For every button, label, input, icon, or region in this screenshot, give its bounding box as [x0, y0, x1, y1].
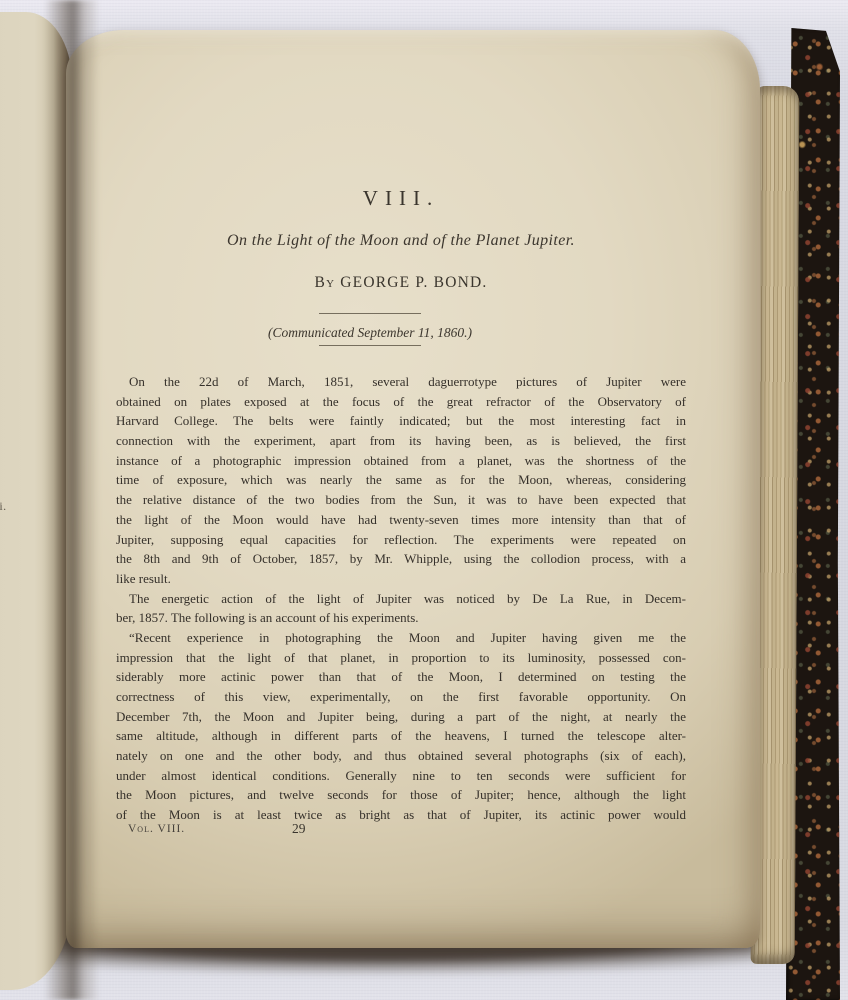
body-line: nately on one and the other body, and th…	[116, 746, 686, 766]
body-paragraph: The energetic action of the light of Jup…	[116, 589, 686, 628]
body-paragraph: “Recent experience in photographing the …	[116, 628, 686, 825]
body-line: like result.	[116, 569, 686, 589]
body-line: December 7th, the Moon and Jupiter being…	[116, 707, 686, 727]
body-line: the 8th and 9th of October, 1857, by Mr.…	[116, 549, 686, 569]
article-title: On the Light of the Moon and of the Plan…	[116, 232, 686, 250]
volume-label: Vol. VIII.	[128, 823, 185, 835]
body-line: connection with the experiment, apart fr…	[116, 431, 686, 451]
article-body: On the 22d of March, 1851, several dague…	[116, 372, 686, 825]
body-line: Harvard College. The belts were faintly …	[116, 411, 686, 431]
body-line: impression that the light of that planet…	[116, 648, 686, 668]
facing-page-text-fragment: eri.	[0, 499, 7, 514]
page-footer: Vol. VIII. 29	[116, 821, 686, 841]
body-line: the Moon pictures, and twelve seconds fo…	[116, 785, 686, 805]
body-line: Jupiter, supposing equal capacities for …	[116, 530, 686, 550]
body-line: the light of the Moon would have had twe…	[116, 510, 686, 530]
body-line: On the 22d of March, 1851, several dague…	[116, 372, 686, 392]
printed-text-block: VIII. On the Light of the Moon and of th…	[116, 30, 686, 948]
separator-rule-top	[319, 313, 421, 314]
body-line: siderably more actinic power than that o…	[116, 667, 686, 687]
body-line: ber, 1857. The following is an account o…	[116, 608, 686, 628]
body-line: under almost identical conditions. Gener…	[116, 766, 686, 786]
body-line: obtained on plates exposed at the focus …	[116, 392, 686, 412]
facing-page-edge: eri. e.	[0, 12, 72, 990]
communicated-note: (Communicated September 11, 1860.)	[268, 325, 472, 341]
body-line: correctness of this view, experimentally…	[116, 687, 686, 707]
separator-rule-bottom	[319, 345, 421, 346]
body-line: same altitude, although in different par…	[116, 726, 686, 746]
book-page: VIII. On the Light of the Moon and of th…	[66, 30, 760, 948]
body-line: the relative distance of the two bodies …	[116, 490, 686, 510]
chapter-number: VIII.	[116, 186, 686, 211]
body-line: “Recent experience in photographing the …	[116, 628, 686, 648]
author-byline: By GEORGE P. BOND.	[116, 274, 686, 292]
page-number: 29	[292, 821, 306, 837]
body-paragraph: On the 22d of March, 1851, several dague…	[116, 372, 686, 589]
body-line: The energetic action of the light of Jup…	[116, 589, 686, 609]
body-line: time of exposure, which was nearly the s…	[116, 470, 686, 490]
body-line: instance of a photographic impression ob…	[116, 451, 686, 471]
